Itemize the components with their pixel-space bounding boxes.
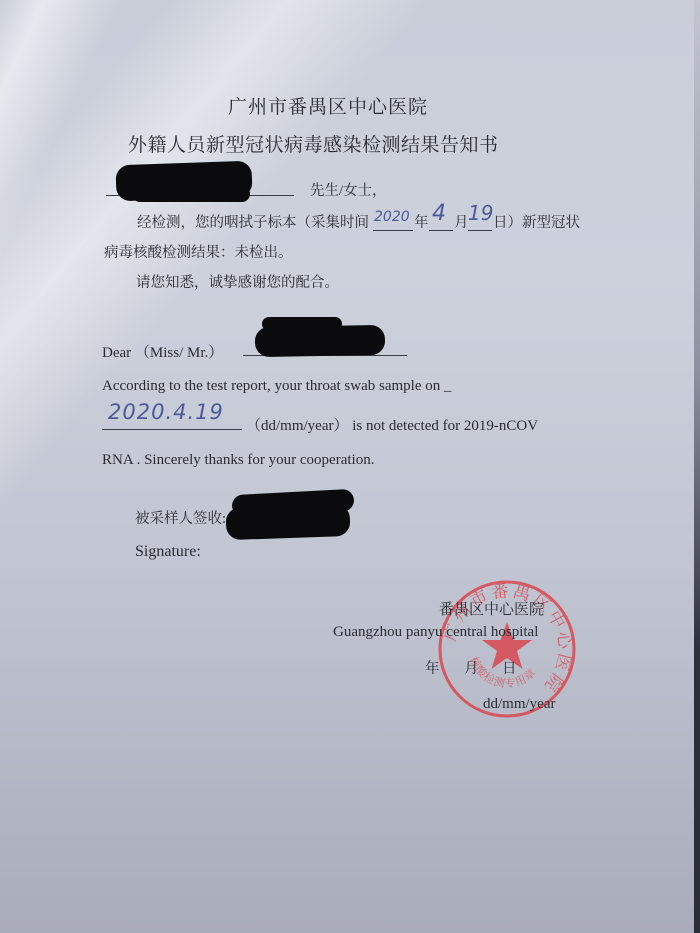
month-underline [429, 230, 453, 231]
redaction-name-cn-extra [132, 186, 250, 202]
date-format-en: dd/mm/year [483, 696, 555, 713]
date-underline-en [102, 429, 242, 430]
body-en-line1: According to the test report, your throa… [102, 378, 452, 395]
document-page: 广州市番禺区中心医院 外籍人员新型冠状病毒感染检测结果告知书 先生/女士， 经检… [0, 0, 694, 933]
year-underline [373, 230, 413, 231]
day-underline [468, 230, 492, 231]
date-label-day: 日 [502, 657, 517, 678]
body-en-line3: RNA . Sincerely thanks for your cooperat… [102, 452, 374, 469]
thanks-cn: 请您知悉，诚挚感谢您的配合。 [136, 271, 339, 292]
handwritten-year: 2020 [374, 209, 410, 225]
issuer-cn: 番禺区中心医院 [439, 598, 544, 619]
date-label-month: 月 [464, 657, 479, 678]
signature-label-en: Signature: [135, 543, 201, 561]
body-en-line2: （dd/mm/year） is not detected for 2019-nC… [246, 414, 538, 435]
date-label-year: 年 [425, 657, 440, 678]
redaction-signature [225, 504, 350, 540]
handwritten-month: 4 [432, 201, 446, 226]
signature-label-cn: 被采样人签收: [135, 507, 226, 528]
body-cn-line2: 病毒核酸检测结果：未检出。 [104, 241, 293, 262]
salutation-en: Dear （Miss/ Mr.） [102, 341, 223, 362]
page-edge-shadow [694, 0, 700, 933]
handwritten-day: 19 [468, 201, 493, 225]
year-unit: 年 [414, 211, 429, 232]
salutation-cn: 先生/女士， [310, 179, 387, 200]
redaction-name-en [255, 325, 386, 357]
month-unit: 月 [454, 211, 469, 232]
document-title: 外籍人员新型冠状病毒感染检测结果告知书 [128, 130, 499, 157]
issuer-en: Guangzhou panyu central hospital [333, 624, 538, 641]
handwritten-date-en: 2020.4.19 [108, 400, 224, 424]
day-unit: 日）新型冠状 [493, 211, 580, 232]
body-cn-line1: 经检测，您的咽拭子标本（采集时间 [137, 211, 369, 232]
hospital-name: 广州市番禺区中心医院 [228, 92, 428, 119]
